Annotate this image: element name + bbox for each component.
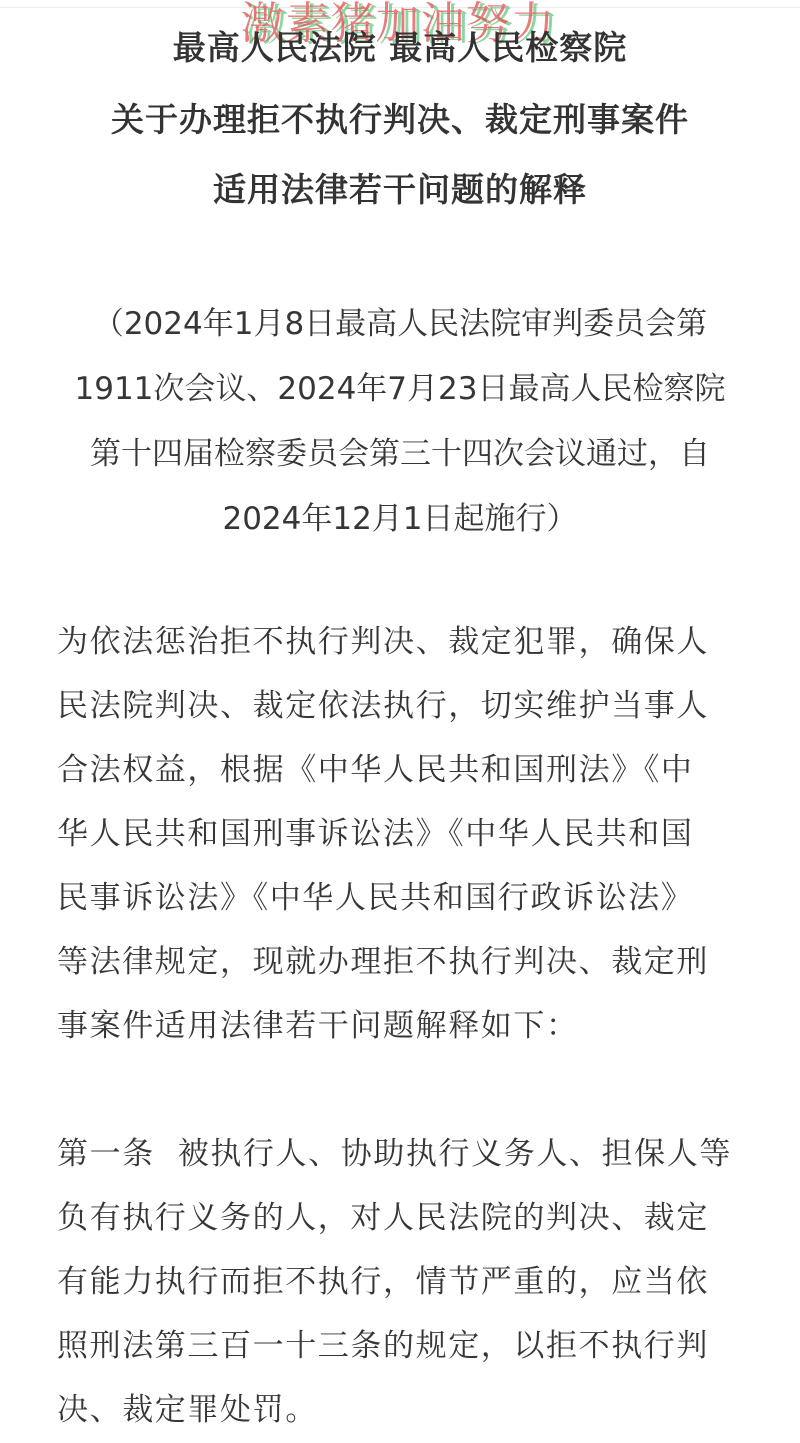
title-line-3: 适用法律若干问题的解释 [0, 170, 800, 210]
preamble-line: 民法院判决、裁定依法执行，切实维护当事人 [57, 674, 747, 738]
preamble-line: 等法律规定，现就办理拒不执行判决、裁定刑 [57, 930, 747, 994]
note-line: （2024年1月8日最高人民法院审判委员会第 [60, 292, 740, 357]
title-line-1: 最高人民法院 最高人民检察院 [0, 28, 800, 68]
note-line: 1911次会议、2024年7月23日最高人民检察院 [60, 357, 740, 422]
preamble-line: 事案件适用法律若干问题解释如下： [57, 994, 747, 1058]
preamble-line: 华人民共和国刑事诉讼法》《中华人民共和国 [57, 802, 747, 866]
article-line: 决、裁定罪处罚。 [57, 1378, 747, 1442]
top-divider [0, 7, 800, 8]
note-line: 第十四届检察委员会第三十四次会议通过，自 [60, 422, 740, 487]
preamble-line: 民事诉讼法》《中华人民共和国行政诉讼法》 [57, 866, 747, 930]
preamble-paragraph: 为依法惩治拒不执行判决、裁定犯罪，确保人 民法院判决、裁定依法执行，切实维护当事… [57, 610, 747, 1058]
article-number: 第一条 [57, 1136, 155, 1172]
article-line: 负有执行义务的人，对人民法院的判决、裁定 [57, 1186, 747, 1250]
article-line: 有能力执行而拒不执行，情节严重的，应当依 [57, 1250, 747, 1314]
article-1-paragraph: 第一条 被执行人、协助执行义务人、担保人等 负有执行义务的人，对人民法院的判决、… [57, 1122, 747, 1442]
adoption-note: （2024年1月8日最高人民法院审判委员会第 1911次会议、2024年7月23… [60, 292, 740, 552]
title-line-2: 关于办理拒不执行判决、裁定刑事案件 [0, 100, 800, 140]
article-1-line-1: 第一条 被执行人、协助执行义务人、担保人等 [57, 1122, 747, 1186]
preamble-line: 为依法惩治拒不执行判决、裁定犯罪，确保人 [57, 610, 747, 674]
article-line: 照刑法第三百一十三条的规定，以拒不执行判 [57, 1314, 747, 1378]
article-text: 被执行人、协助执行义务人、担保人等 [178, 1136, 732, 1172]
preamble-line: 合法权益，根据《中华人民共和国刑法》《中 [57, 738, 747, 802]
note-line: 2024年12月1日起施行） [60, 487, 740, 552]
